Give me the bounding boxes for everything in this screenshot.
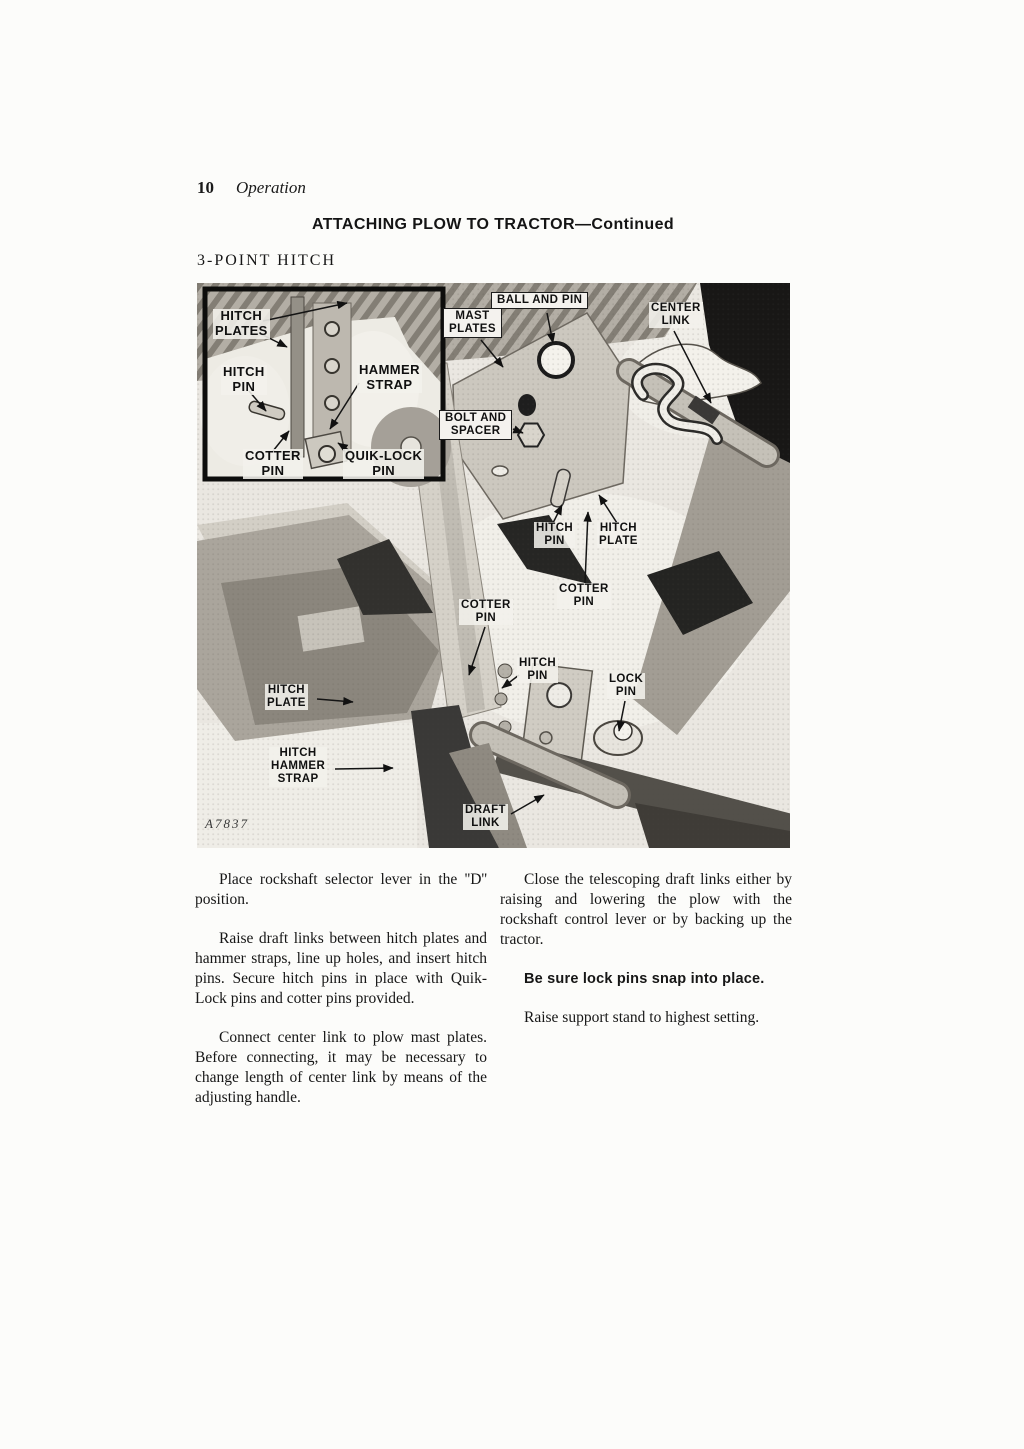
photo-id: A7837	[205, 816, 249, 832]
callout-mast-plates: MAST PLATES	[443, 308, 502, 338]
left-text-column: Place rockshaft selector lever in the ''…	[195, 870, 487, 1127]
callout-cotter-pin-inset: COTTER PIN	[243, 449, 303, 479]
paragraph: Raise draft links between hitch plates a…	[195, 929, 487, 1009]
running-section-title: Operation	[236, 178, 306, 198]
hitch-photo-figure: HITCH PLATES HITCH PIN HAMMER STRAP COTT…	[197, 283, 790, 848]
paragraph: Close the telescoping draft links either…	[500, 870, 792, 950]
callout-center-link: CENTER LINK	[649, 302, 703, 328]
callout-hitch-plates: HITCH PLATES	[213, 309, 270, 339]
callout-ball-and-pin: BALL AND PIN	[491, 292, 588, 309]
callout-hitch-pin-upper: HITCH PIN	[534, 522, 575, 548]
callout-quik-lock-pin: QUIK-LOCK PIN	[343, 449, 424, 479]
callout-hitch-plate-lower: HITCH PLATE	[265, 684, 308, 710]
page-number: 10	[197, 178, 214, 198]
callout-hitch-pin-lower: HITCH PIN	[517, 657, 558, 683]
callout-bolt-and-spacer: BOLT AND SPACER	[439, 410, 512, 440]
callout-cotter-pin-center: COTTER PIN	[557, 583, 611, 609]
callout-hammer-strap: HAMMER STRAP	[357, 363, 422, 393]
callout-lock-pin: LOCK PIN	[607, 673, 645, 699]
callout-hitch-pin-inset: HITCH PIN	[221, 365, 267, 395]
callout-draft-link: DRAFT LINK	[463, 804, 508, 830]
right-text-column: Close the telescoping draft links either…	[500, 870, 792, 1047]
paragraph: Raise support stand to highest setting.	[500, 1008, 792, 1028]
paragraph: Connect center link to plow mast plates.…	[195, 1028, 487, 1108]
callout-cotter-pin-left: COTTER PIN	[459, 599, 513, 625]
paragraph: Place rockshaft selector lever in the ''…	[195, 870, 487, 910]
section-heading: 3-POINT HITCH	[197, 252, 336, 270]
callout-hitch-plate-upper: HITCH PLATE	[597, 522, 640, 548]
callout-hitch-hammer-strap: HITCH HAMMER STRAP	[269, 747, 327, 787]
bold-note-paragraph: Be sure lock pins snap into place.	[500, 969, 792, 989]
page-title: ATTACHING PLOW TO TRACTOR—Continued	[195, 216, 791, 234]
